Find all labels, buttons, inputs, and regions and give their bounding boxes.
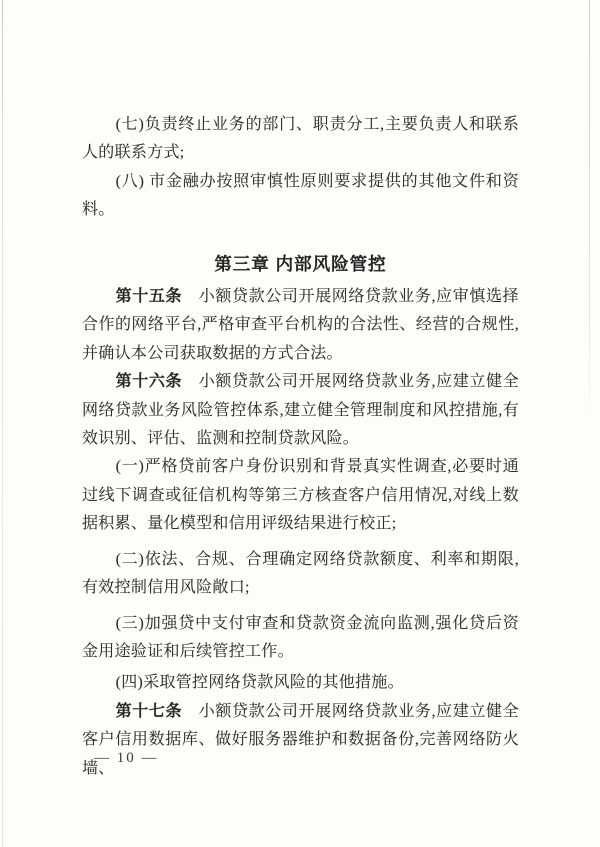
article-paragraph: 第十五条 小额贷款公司开展网络贷款业务,应审慎选择合作的网络平台,严格审查平台机… <box>82 283 519 368</box>
body-paragraph: (三)加强贷中支付审查和贷款资金流向监测,强化贷后资金用途验证和后续管控工作。 <box>82 610 519 667</box>
body-paragraph: (七)负责终止业务的部门、职责分工,主要负责人和联系人的联系方式; <box>82 111 519 168</box>
document-content: (七)负责终止业务的部门、职责分工,主要负责人和联系人的联系方式;(八) 市金融… <box>82 111 519 783</box>
body-paragraph: (二)依法、合规、合理确定网络贷款额度、利率和期限,有效控制信用风险敞口; <box>82 546 519 603</box>
body-paragraph: (四)采取管控网络贷款风险的其他措施。 <box>82 669 519 697</box>
page-left-edge-shadow <box>2 0 3 847</box>
article-paragraph: 第十七条 小额贷款公司开展网络贷款业务,应建立健全客户信用数据库、做好服务器维护… <box>82 698 519 783</box>
body-paragraph: (八) 市金融办按照审慎性原则要求提供的其他文件和资料。 <box>82 168 519 225</box>
body-paragraph: (一)严格贷前客户身份识别和背景真实性调查,必要时通过线下调查或征信机构等第三方… <box>82 453 519 538</box>
page-number: — 10 — <box>94 750 159 767</box>
chapter-heading: 第三章 内部风险管控 <box>82 250 519 278</box>
document-page: (七)负责终止业务的部门、职责分工,主要负责人和联系人的联系方式;(八) 市金融… <box>0 0 600 847</box>
page-right-edge-shadow <box>589 0 590 430</box>
article-number: 第十六条 <box>116 373 183 390</box>
article-number: 第十七条 <box>116 703 183 720</box>
article-number: 第十五条 <box>116 288 183 305</box>
article-paragraph: 第十六条 小额贷款公司开展网络贷款业务,应建立健全网络贷款业务风险管控体系,建立… <box>82 368 519 453</box>
